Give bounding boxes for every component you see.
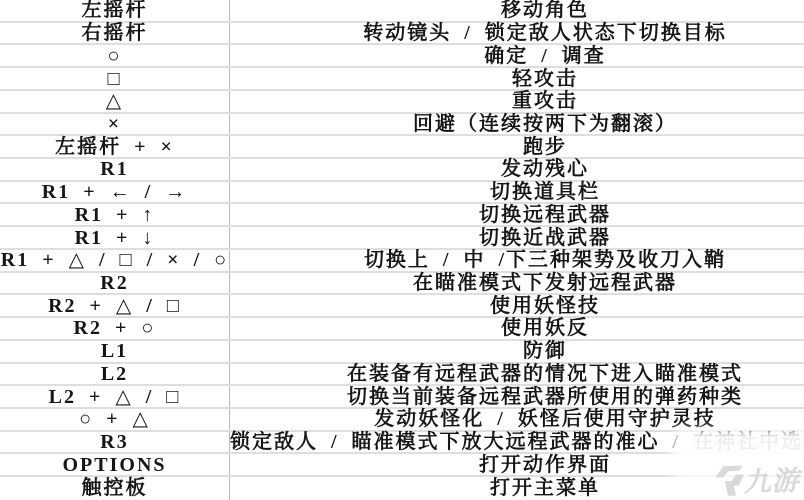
table-row: 触控板打开主菜单 xyxy=(0,477,804,500)
input-cell: R1 xyxy=(0,159,230,180)
action-cell: 切换当前装备远程武器所使用的弹药种类 xyxy=(230,386,804,407)
table-row: △重攻击 xyxy=(0,91,804,114)
action-cell: 轻攻击 xyxy=(230,68,804,89)
input-cell: R2 xyxy=(0,273,230,294)
table-row: R1 + ← / →切换道具栏 xyxy=(0,182,804,205)
action-text: 轻攻击 xyxy=(512,69,578,89)
action-cell: 切换道具栏 xyxy=(230,182,804,203)
input-cell: R1 + ↑ xyxy=(0,204,230,225)
action-cell: 切换上 / 中 /下三种架势及收刀入鞘 xyxy=(230,250,804,271)
action-text: 打开动作界面 xyxy=(479,455,611,475)
action-cell: 回避（连续按两下为翻滚） xyxy=(230,114,804,135)
screenshot-stage: 左摇杆移动角色右摇杆转动镜头 / 锁定敌人状态下切换目标○确定 / 调查□轻攻击… xyxy=(0,0,804,500)
input-cell: L2 xyxy=(0,364,230,385)
table-row: 左摇杆 + ×跑步 xyxy=(0,136,804,159)
action-cell: 确定 / 调查 xyxy=(230,45,804,66)
table-row: R2 + △ / □使用妖怪技 xyxy=(0,295,804,318)
action-text: 切换上 / 中 /下三种架势及收刀入鞘 xyxy=(364,250,726,270)
action-cell: 转动镜头 / 锁定敌人状态下切换目标 xyxy=(230,23,804,44)
action-cell: 在装备有远程武器的情况下进入瞄准模式 xyxy=(230,364,804,385)
table-row: R2 + ○使用妖反 xyxy=(0,318,804,341)
input-cell: 左摇杆 + × xyxy=(0,136,230,157)
action-text: 在装备有远程武器的情况下进入瞄准模式 xyxy=(347,364,743,384)
action-cell: 防御 xyxy=(230,341,804,362)
input-cell: R3 xyxy=(0,432,230,453)
action-text: 确定 / 调查 xyxy=(484,46,606,66)
action-cell: 切换远程武器 xyxy=(230,204,804,225)
input-cell: □ xyxy=(0,68,230,89)
action-text: 使用妖反 xyxy=(501,318,589,338)
table-row: L2 + △ / □切换当前装备远程武器所使用的弹药种类 xyxy=(0,386,804,409)
controls-table: 左摇杆移动角色右摇杆转动镜头 / 锁定敌人状态下切换目标○确定 / 调查□轻攻击… xyxy=(0,0,804,500)
table-row: 左摇杆移动角色 xyxy=(0,0,804,23)
action-text: 锁定敌人 / 瞄准模式下放大远程武器的准心 / 在神 xyxy=(230,432,737,452)
action-text: 回避（连续按两下为翻滚） xyxy=(413,114,677,134)
action-text: 切换近战武器 xyxy=(479,228,611,248)
input-cell: L2 + △ / □ xyxy=(0,386,230,407)
table-row: ○确定 / 调查 xyxy=(0,45,804,68)
input-cell: L1 xyxy=(0,341,230,362)
blur-overlay xyxy=(678,436,804,473)
table-row: □轻攻击 xyxy=(0,68,804,91)
action-text: 使用妖怪技 xyxy=(490,296,600,316)
table-row: R2在瞄准模式下发射远程武器 xyxy=(0,273,804,296)
action-cell: 切换近战武器 xyxy=(230,227,804,248)
input-cell: ○ + △ xyxy=(0,409,230,430)
input-cell: 右摇杆 xyxy=(0,23,230,44)
input-cell: △ xyxy=(0,91,230,112)
action-cell: 移动角色 xyxy=(230,0,804,21)
table-row: R1 + ↑切换远程武器 xyxy=(0,204,804,227)
input-cell: 左摇杆 xyxy=(0,0,230,21)
input-cell: R1 + △ / □ / × / ○ xyxy=(0,250,230,271)
action-text: 在瞄准模式下发射远程武器 xyxy=(413,273,677,293)
action-text: 防御 xyxy=(523,341,567,361)
action-text: 打开主菜单 xyxy=(490,478,600,498)
input-cell: × xyxy=(0,114,230,135)
table-row: 右摇杆转动镜头 / 锁定敌人状态下切换目标 xyxy=(0,23,804,46)
table-row: R1发动残心 xyxy=(0,159,804,182)
input-cell: R1 + ← / → xyxy=(0,182,230,203)
action-text: 发动残心 xyxy=(501,159,589,179)
table-row: ×回避（连续按两下为翻滚） xyxy=(0,114,804,137)
action-cell: 在瞄准模式下发射远程武器 xyxy=(230,273,804,294)
table-row: L2在装备有远程武器的情况下进入瞄准模式 xyxy=(0,364,804,387)
action-text: 切换远程武器 xyxy=(479,205,611,225)
action-cell: 发动妖怪化 / 妖怪后使用守护灵技 xyxy=(230,409,804,430)
action-text: 转动镜头 / 锁定敌人状态下切换目标 xyxy=(363,23,727,43)
action-text: 跑步 xyxy=(523,137,567,157)
action-cell: 重攻击 xyxy=(230,91,804,112)
input-cell: R2 + ○ xyxy=(0,318,230,339)
action-cell: 跑步 xyxy=(230,136,804,157)
action-text: 移动角色 xyxy=(501,0,589,20)
table-row: L1防御 xyxy=(0,341,804,364)
table-row: ○ + △发动妖怪化 / 妖怪后使用守护灵技 xyxy=(0,409,804,432)
action-text: 切换当前装备远程武器所使用的弹药种类 xyxy=(347,387,743,407)
action-text: 切换道具栏 xyxy=(490,182,600,202)
input-cell: R2 + △ / □ xyxy=(0,295,230,316)
table-row: R1 + ↓切换近战武器 xyxy=(0,227,804,250)
input-cell: OPTIONS xyxy=(0,454,230,475)
action-text: 发动妖怪化 / 妖怪后使用守护灵技 xyxy=(374,409,716,429)
action-cell: 发动残心 xyxy=(230,159,804,180)
table-row: R1 + △ / □ / × / ○切换上 / 中 /下三种架势及收刀入鞘 xyxy=(0,250,804,273)
action-text: 重攻击 xyxy=(512,91,578,111)
action-cell: 打开主菜单 xyxy=(230,477,804,500)
action-cell: 使用妖怪技 xyxy=(230,295,804,316)
input-cell: R1 + ↓ xyxy=(0,227,230,248)
input-cell: 触控板 xyxy=(0,477,230,500)
action-cell: 使用妖反 xyxy=(230,318,804,339)
input-cell: ○ xyxy=(0,45,230,66)
